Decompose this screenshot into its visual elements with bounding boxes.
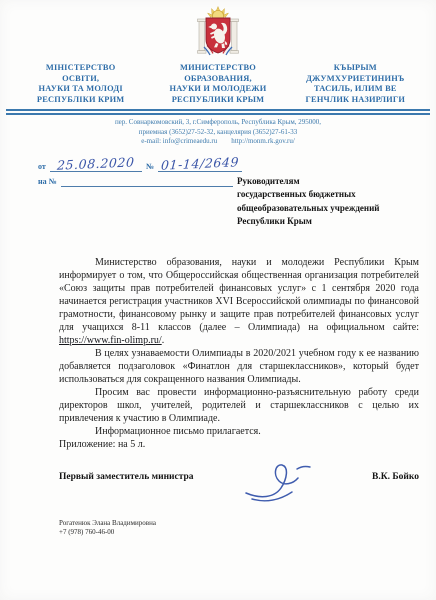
- executor-phone: +7 (978) 760-46-00: [59, 528, 436, 538]
- handwritten-date: 25.08.2020: [57, 154, 135, 172]
- letter-body: Министерство образования, науки и молоде…: [59, 256, 419, 451]
- paragraph-1: Министерство образования, науки и молоде…: [59, 256, 419, 347]
- paragraph-2: В целях узнаваемости Олимпиады в 2020/20…: [59, 347, 419, 386]
- executor-block: Рогатенюк Элана Владимировна +7 (978) 76…: [59, 519, 436, 538]
- attachment-note: Приложение: на 5 л.: [59, 438, 419, 451]
- number-label: №: [146, 162, 154, 172]
- ministry-name-ukrainian: МІНІСТЕРСТВО ОСВІТИ, НАУКИ ТА МОЛОДІ РЕС…: [12, 63, 149, 105]
- letterhead-website: http://monm.rk.gov.ru/: [231, 137, 295, 146]
- recipient-block: Руководителям государственных бюджетных …: [237, 175, 427, 229]
- address-line-2: приемная (3652)27-52-32, канцелярия (365…: [0, 128, 436, 137]
- olympiad-site-link[interactable]: https://www.fin-olimp.ru/: [59, 335, 162, 346]
- scanned-letter-page: МІНІСТЕРСТВО ОСВІТИ, НАУКИ ТА МОЛОДІ РЕС…: [0, 0, 436, 600]
- letterhead-ministry-names: МІНІСТЕРСТВО ОСВІТИ, НАУКИ ТА МОЛОДІ РЕС…: [0, 60, 436, 105]
- letterhead-address: пер. Совнаркомовский, 3, г.Симферополь, …: [0, 118, 436, 146]
- outgoing-number-field: 01-14/2649: [158, 153, 242, 172]
- crimea-coat-of-arms-icon: [195, 6, 241, 60]
- address-line-3: e-mail: info@crimeaedu.ruhttp://monm.rk.…: [0, 137, 436, 146]
- signer-title: Первый заместитель министра: [59, 472, 194, 482]
- handwritten-signature-icon: [240, 457, 318, 509]
- executor-name: Рогатенюк Элана Владимировна: [59, 519, 436, 529]
- ministry-name-crimean-tatar: КЪЫРЫМ ДЖУМХУРИЕТИНИНЪ ТАСИЛЬ, ИЛИМ ВЕ Г…: [287, 63, 424, 105]
- ministry-name-russian: МИНИСТЕРСТВО ОБРАЗОВАНИЯ, НАУКИ И МОЛОДЕ…: [149, 63, 286, 105]
- letterhead-email: e-mail: info@crimeaedu.ru: [141, 137, 217, 146]
- letterhead-emblem: [0, 0, 436, 60]
- outgoing-date-field: 25.08.2020: [50, 153, 142, 172]
- paragraph-1-text: Министерство образования, науки и молоде…: [59, 257, 419, 333]
- signature-row: Первый заместитель министра В.К. Бойко: [59, 472, 419, 482]
- outgoing-ref-line: от 25.08.2020 № 01-14/2649: [38, 154, 436, 172]
- address-line-1: пер. Совнаркомовский, 3, г.Симферополь, …: [0, 118, 436, 127]
- handwritten-number: 01-14/2649: [160, 154, 239, 172]
- reply-to-label: на №: [38, 177, 57, 187]
- paragraph-3: Просим вас провести информационно-разъяс…: [59, 386, 419, 425]
- paragraph-4: Информационное письмо прилагается.: [59, 425, 419, 438]
- reply-number-field: [61, 186, 233, 187]
- letterhead-divider-rule: [6, 109, 430, 115]
- paragraph-1-tail: .: [162, 335, 165, 346]
- from-label: от: [38, 162, 46, 172]
- signer-name: В.К. Бойко: [372, 472, 419, 482]
